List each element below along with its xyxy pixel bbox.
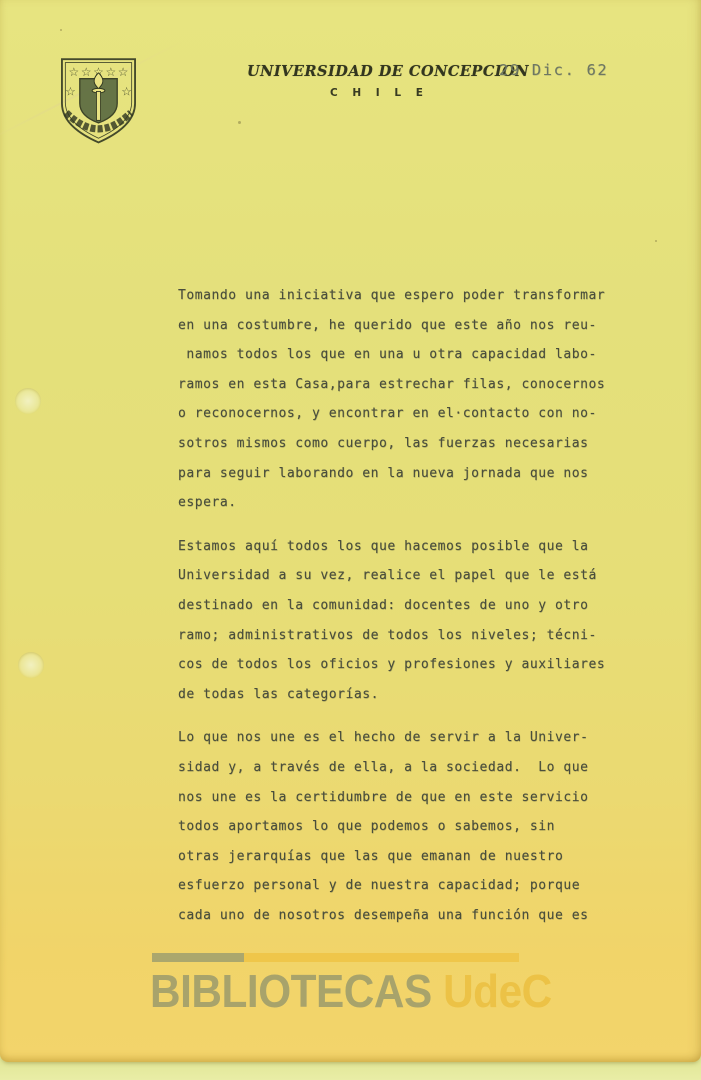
paper-speck xyxy=(655,240,657,242)
typewritten-line: esfuerzo personal y de nuestra capacidad… xyxy=(178,871,638,901)
letterhead-university-name: UNIVERSIDAD DE CONCEPCION xyxy=(247,63,529,80)
watermark-bibliotecas-label: BIBLIOTECAS xyxy=(150,965,432,1017)
paper-speck xyxy=(60,29,62,31)
svg-text:☆: ☆ xyxy=(121,85,132,99)
svg-text:☆: ☆ xyxy=(81,65,92,79)
letter-body: Tomando una iniciativa que espero poder … xyxy=(178,281,638,944)
svg-text:☆: ☆ xyxy=(105,65,116,79)
typewritten-line: Lo que nos une es el hecho de servir a l… xyxy=(178,723,638,753)
date-stamp: 29 Dic. 62 xyxy=(499,61,608,79)
paragraph-3: Lo que nos une es el hecho de servir a l… xyxy=(178,723,638,930)
watermark-udec-label: UdeC xyxy=(443,965,552,1017)
watermark-bar-yellow-segment xyxy=(244,953,519,962)
typewritten-line: de todas las categorías. xyxy=(178,680,638,710)
svg-text:☆: ☆ xyxy=(69,65,80,79)
typewritten-line: Universidad a su vez, realice el papel q… xyxy=(178,561,638,591)
typewritten-line: o reconocernos, y encontrar en el·contac… xyxy=(178,399,638,429)
hole-punch-top xyxy=(15,388,41,414)
scanned-document: ☆ ☆ ☆ ☆ ☆ ☆ ☆ UNIVERSIDAD DE CONCEPCION … xyxy=(0,0,701,1080)
typewritten-line: todos aportamos lo que podemos o sabemos… xyxy=(178,812,638,842)
typewritten-line: Estamos aquí todos los que hacemos posib… xyxy=(178,532,638,562)
typewritten-line: sotros mismos como cuerpo, las fuerzas n… xyxy=(178,429,638,459)
watermark-bar xyxy=(152,953,519,962)
typewritten-line: ramo; administrativos de todos los nivel… xyxy=(178,621,638,651)
watermark-space xyxy=(432,965,443,1017)
paragraph-2: Estamos aquí todos los que hacemos posib… xyxy=(178,532,638,710)
svg-text:☆: ☆ xyxy=(118,65,129,79)
typewritten-line: en una costumbre, he querido que este añ… xyxy=(178,311,638,341)
typewritten-line: cos de todos los oficios y profesiones y… xyxy=(178,650,638,680)
typewritten-line: espera. xyxy=(178,488,638,518)
typewritten-line: destinado en la comunidad: docentes de u… xyxy=(178,591,638,621)
hole-punch-bottom xyxy=(18,652,44,678)
typewritten-line: ramos en esta Casa,para estrechar filas,… xyxy=(178,370,638,400)
paragraph-1: Tomando una iniciativa que espero poder … xyxy=(178,281,638,518)
typewritten-line: nos une es la certidumbre de que en este… xyxy=(178,783,638,813)
letter-page: ☆ ☆ ☆ ☆ ☆ ☆ ☆ UNIVERSIDAD DE CONCEPCION … xyxy=(0,0,701,1062)
typewritten-line: Tomando una iniciativa que espero poder … xyxy=(178,281,638,311)
watermark-text: BIBLIOTECAS UdeC xyxy=(150,964,552,1018)
watermark-bar-gray-segment xyxy=(152,953,244,962)
typewritten-line: sidad y, a través de ella, a la sociedad… xyxy=(178,753,638,783)
crest-inner-shield xyxy=(80,73,117,123)
udec-crest-logo: ☆ ☆ ☆ ☆ ☆ ☆ ☆ xyxy=(56,56,141,149)
typewritten-line: namos todos los que en una u otra capaci… xyxy=(178,340,638,370)
typewritten-line: cada uno de nosotros desempeña una funci… xyxy=(178,901,638,931)
svg-text:☆: ☆ xyxy=(65,85,76,99)
typewritten-line: para seguir laborando en la nueva jornad… xyxy=(178,459,638,489)
typewritten-line: otras jerarquías que las que emanan de n… xyxy=(178,842,638,872)
paper-speck xyxy=(238,121,241,124)
letterhead-country: C H I L E xyxy=(330,87,428,99)
